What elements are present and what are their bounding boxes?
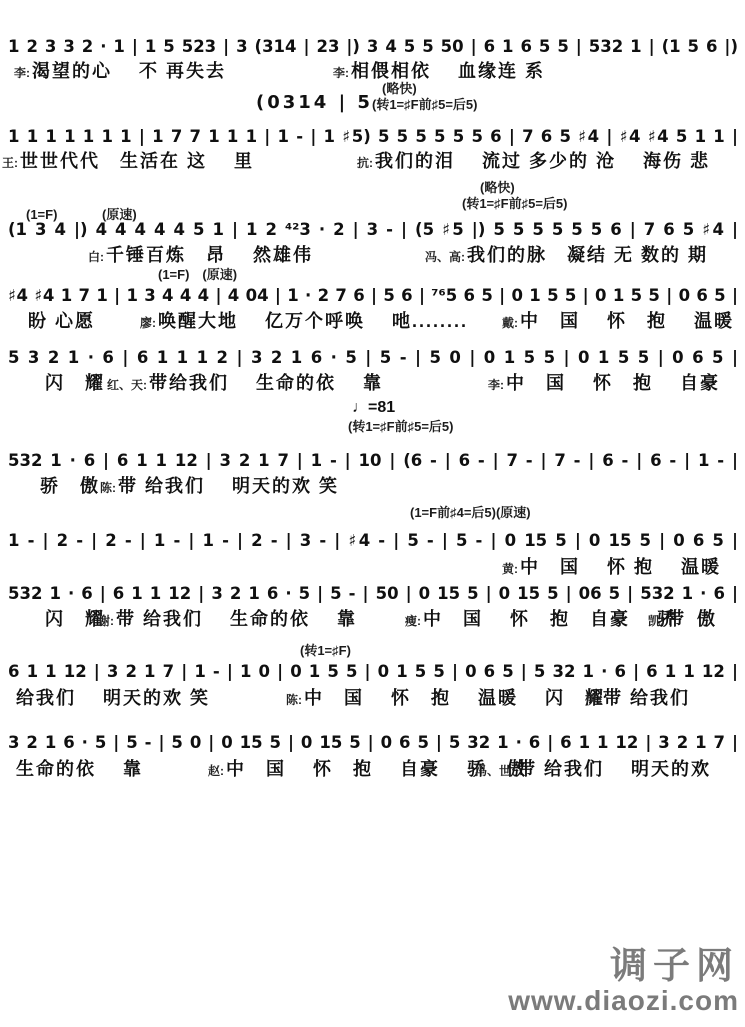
- lyrics-text: 相偎相依 血缘连 系: [351, 61, 545, 81]
- lyrics-segment: 抗:我们的泪 流过 多少的 沧 海伤 悲: [357, 152, 710, 172]
- score-annotation: (1=F前♯4=后5)(原速): [410, 506, 531, 519]
- lyrics-segment: 冯、高:我们的脉 凝结 无 数的 期: [425, 246, 708, 266]
- singer-label: 李:: [488, 378, 504, 392]
- lyrics-text: 带: [666, 609, 686, 629]
- lyrics-segment: 李:渴望的心 不 再失去: [14, 62, 226, 82]
- lyrics-segment: 闪 耀: [45, 610, 105, 630]
- jianpu-notes-line: 1 - | 2 - | 2 - | 1 - | 1 - | 2 - | 3 - …: [8, 532, 738, 550]
- jianpu-notes-line: 3 2 1 6 · 5 | 5 - | 5 0 | 0 15 5 | 0 15 …: [8, 734, 738, 752]
- score-annotation: (转1=♯F前♯5=后5): [462, 197, 567, 210]
- lyrics-segment: 给我们 明天的欢 笑: [16, 689, 210, 709]
- lyrics-text: 带 给我们 生命的依 靠: [116, 609, 357, 629]
- watermark-site-url: www.diaozi.com: [508, 986, 739, 1015]
- score-annotation: (0314 | 5: [256, 94, 373, 112]
- lyrics-segment: 陈:带 给我们 明天的欢 笑: [100, 477, 339, 497]
- singer-label: 凯:: [648, 614, 664, 628]
- lyrics-text: 我们的脉 凝结 无 数的 期: [467, 245, 708, 265]
- lyrics-segment: 戴:中 国 怀 抱 温暖: [502, 312, 734, 332]
- singer-label: 冯、世:: [475, 764, 515, 778]
- singer-label: 陈:: [100, 481, 116, 495]
- lyrics-text: 带 给我们: [603, 688, 690, 708]
- singer-label: 伊:: [585, 693, 601, 707]
- lyrics-text: 世世代代 生活在 这 里: [20, 151, 254, 171]
- lyrics-text: 中 国 怀 抱 温暖 闪 耀: [304, 688, 605, 708]
- singer-label: 冯、高:: [425, 250, 465, 264]
- lyrics-segment: 凯:带: [648, 610, 686, 630]
- sheet-music-page: 1 2 3 3 2 · 1 | 1 5 523 | 3 (314 | 23 |)…: [0, 0, 745, 1027]
- lyrics-segment: 陈:中 国 怀 抱 温暖 闪 耀: [286, 689, 605, 709]
- lyrics-text: 中 国 怀 抱 温暖: [520, 557, 721, 577]
- lyrics-text: 渴望的心 不 再失去: [32, 61, 226, 81]
- lyrics-segment: 廖:唤醒大地 亿万个呼唤 吔........: [140, 312, 468, 332]
- jianpu-notes-line: 532 1 · 6 | 6 1 1 12 | 3 2 1 6 · 5 | 5 -…: [8, 585, 738, 603]
- tempo-marking: ♩=81: [352, 400, 395, 416]
- lyrics-text: 带 给我们 明天的欢: [517, 759, 711, 779]
- lyrics-text: 我们的泪 流过 多少的 沧 海伤 悲: [375, 151, 710, 171]
- singer-label: 白:: [88, 250, 104, 264]
- singer-label: 廖:: [140, 316, 156, 330]
- score-annotation: (转1=♯F): [300, 644, 351, 657]
- jianpu-notes-line: ♯4 ♯4 1 7 1 | 1 3 4 4 4 | 4 04 | 1 · 2 7…: [8, 287, 738, 305]
- score-annotation: (转1=♯F前♯5=后5): [372, 98, 477, 111]
- lyrics-text: 唤醒大地 亿万个呼唤 吔........: [158, 311, 468, 331]
- jianpu-notes-line: 532 1 · 6 | 6 1 1 12 | 3 2 1 7 | 1 - | 1…: [8, 452, 738, 470]
- singer-label: 陈:: [286, 693, 302, 707]
- lyrics-text: 带 给我们 明天的欢 笑: [118, 476, 339, 496]
- lyrics-text: 给我们 明天的欢 笑: [16, 688, 210, 708]
- singer-label: 红、天:: [107, 378, 147, 392]
- singer-label: 黄:: [502, 562, 518, 576]
- score-annotation: (转1=♯F前♯5=后5): [348, 420, 453, 433]
- lyrics-segment: 伊:带 给我们: [585, 689, 690, 709]
- lyrics-segment: 生命的依 靠: [16, 760, 143, 780]
- singer-label: 李:: [333, 66, 349, 80]
- singer-label: 抗:: [357, 156, 373, 170]
- lyrics-segment: 红、天:带给我们 生命的依 靠: [107, 374, 383, 394]
- lyrics-segment: 闪 耀: [45, 374, 105, 394]
- singer-label: 戴:: [502, 316, 518, 330]
- singer-label: 谢:: [98, 614, 114, 628]
- watermark: 调子网 www.diaozi.com: [508, 947, 739, 1015]
- lyrics-text: 中 国 怀 抱 温暖: [520, 311, 734, 331]
- singer-label: 王:: [2, 156, 18, 170]
- lyrics-segment: 李:中 国 怀 抱 自豪: [488, 374, 720, 394]
- lyrics-text: 闪 耀: [45, 609, 105, 629]
- jianpu-notes-line: 1 2 3 3 2 · 1 | 1 5 523 | 3 (314 | 23 |)…: [8, 38, 738, 56]
- score-annotation: (略快): [382, 82, 417, 95]
- lyrics-text: 生命的依 靠: [16, 759, 143, 779]
- lyrics-segment: 谢:带 给我们 生命的依 靠: [98, 610, 357, 630]
- lyrics-text: 盼 心愿: [28, 311, 95, 331]
- lyrics-segment: 盼 心愿: [28, 312, 95, 332]
- jianpu-notes-line: (1 3 4 |) 4 4 4 4 4 5 1 | 1 2 ⁴²3 · 2 | …: [8, 221, 738, 239]
- score-annotation: (略快): [480, 181, 515, 194]
- jianpu-notes-line: 6 1 1 12 | 3 2 1 7 | 1 - | 1 0 | 0 1 5 5…: [8, 663, 738, 681]
- watermark-site-name: 调子网: [508, 947, 739, 986]
- lyrics-text: 闪 耀: [45, 373, 105, 393]
- lyrics-segment: 王:世世代代 生活在 这 里: [2, 152, 254, 172]
- lyrics-segment: 白:千锤百炼 昂 然雄伟: [88, 246, 313, 266]
- lyrics-segment: 黄:中 国 怀 抱 温暖: [502, 558, 721, 578]
- score-annotation: (1=F) (原速): [158, 268, 237, 281]
- jianpu-notes-line: 1 1 1 1 1 1 1 | 1 7 7 1 1 1 | 1 - | 1 ♯5…: [8, 128, 738, 146]
- jianpu-notes-line: 5 3 2 1 · 6 | 6 1 1 1 2 | 3 2 1 6 · 5 | …: [8, 349, 738, 367]
- lyrics-text: 骄 傲: [40, 476, 100, 496]
- lyrics-segment: 骄 傲: [40, 477, 100, 497]
- lyrics-text: 带给我们 生命的依 靠: [149, 373, 383, 393]
- singer-label: 李:: [14, 66, 30, 80]
- lyrics-segment: 冯、世:带 给我们 明天的欢: [475, 760, 711, 780]
- lyrics-text: 中 国 怀 抱 自豪: [506, 373, 720, 393]
- lyrics-segment: 李:相偎相依 血缘连 系: [333, 62, 545, 82]
- lyrics-text: 千锤百炼 昂 然雄伟: [106, 245, 313, 265]
- singer-label: 瘦:: [405, 614, 421, 628]
- singer-label: 赵:: [208, 764, 224, 778]
